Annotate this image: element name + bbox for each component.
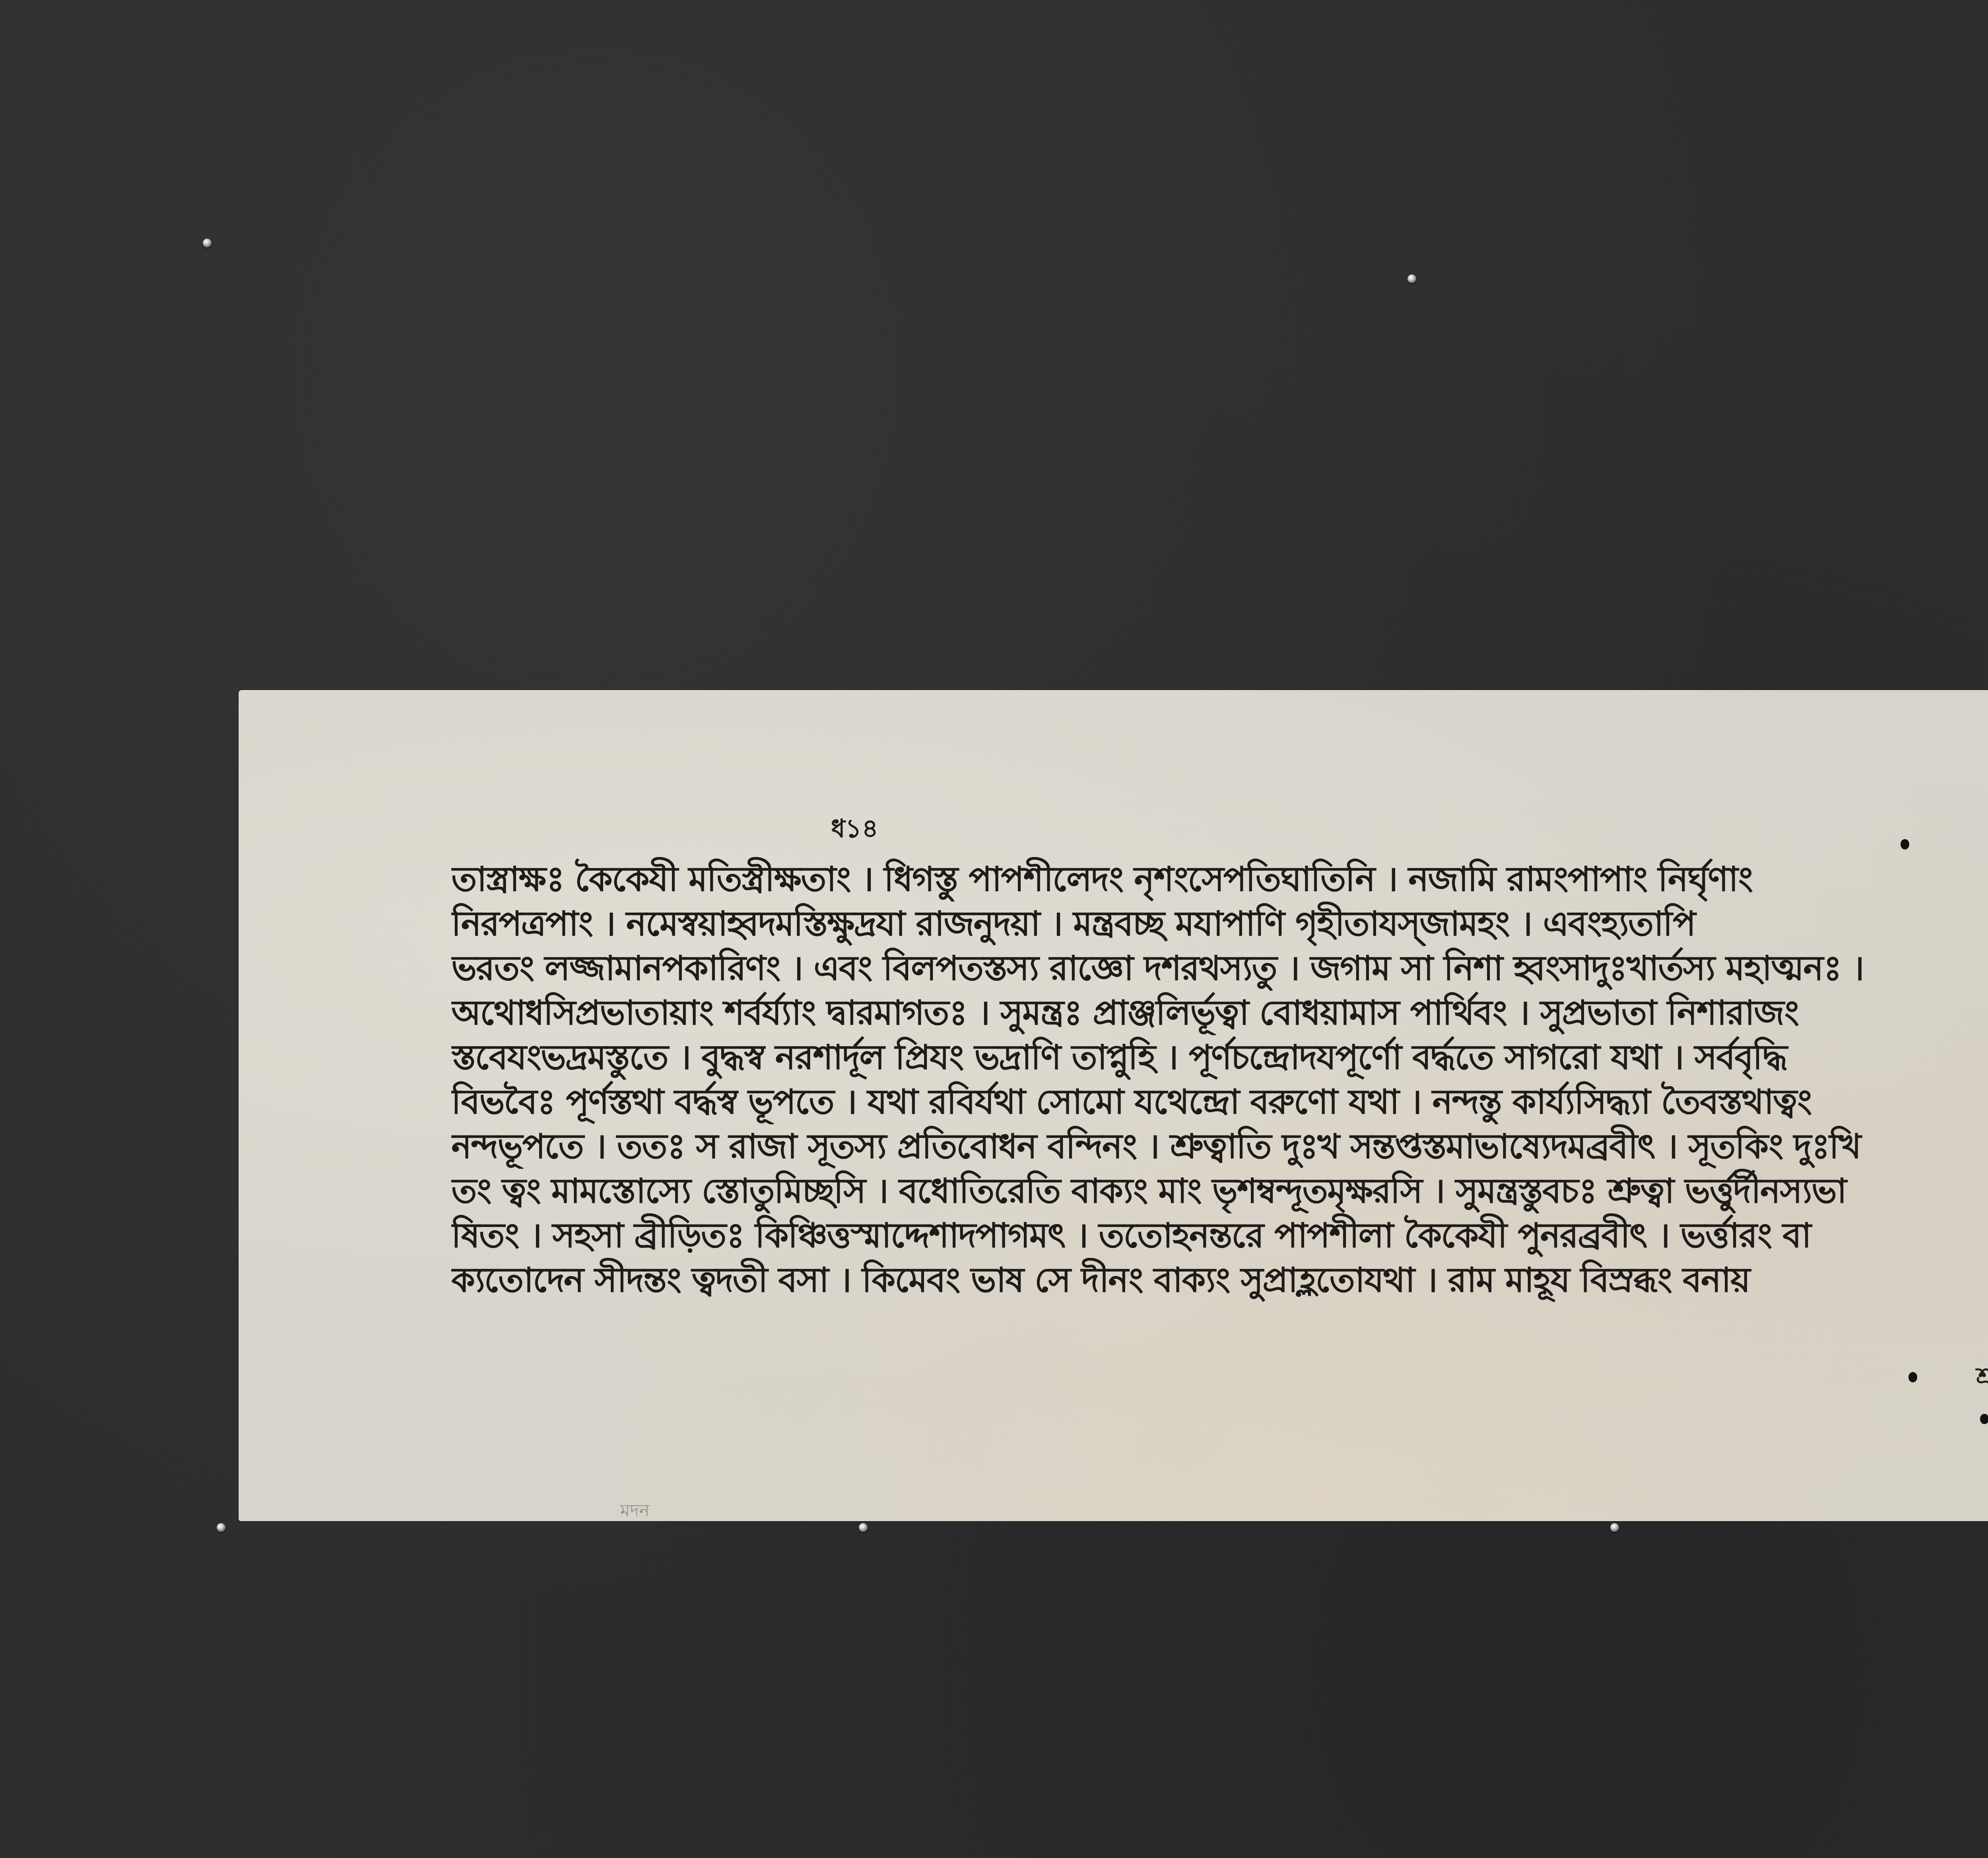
text-line: ষিতং । সহসা ব্রীড়িতঃ কিঞ্চিত্তস্মাদ্দেশ… xyxy=(451,1213,1988,1258)
folio-number: ধ১৪ xyxy=(831,809,878,852)
text-line: তাস্ত্রাক্ষঃ কৈকেযী মতিস্ত্রীক্ষতাং । ধি… xyxy=(451,857,1988,902)
pin xyxy=(1610,1523,1619,1532)
pin xyxy=(859,1523,868,1532)
text-line: অথোধসিপ্রভাতায়াং শর্বর্য্যাং দ্বারমাগতঃ… xyxy=(451,991,1988,1035)
colophon: শ্রদ্ধং ।। xyxy=(1976,1358,1988,1398)
text-line: নন্দভূপতে । ততঃ স রাজা সূতস্য প্রতিবোধন … xyxy=(451,1124,1988,1169)
pencil-note: মদন xyxy=(620,1497,650,1526)
text-line: নিরপত্রপাং । নমেস্বয়াহ্বদমস্তিক্ষুদ্রযা… xyxy=(451,902,1988,946)
manuscript-leaf: ধ১৪ তাস্ত্রাক্ষঃ কৈকেযী মতিস্ত্রীক্ষতাং … xyxy=(239,690,1988,1521)
pin xyxy=(1408,274,1416,283)
text-line: ক্যতোদেন সীদন্তং ত্বদতী বসা । কিমেবং ভাষ… xyxy=(451,1258,1988,1302)
pin xyxy=(203,239,212,247)
ink-dot xyxy=(1908,1372,1917,1382)
manuscript-text: তাস্ত্রাক্ষঃ কৈকেযী মতিস্ত্রীক্ষতাং । ধি… xyxy=(451,857,1988,1302)
pin xyxy=(217,1523,225,1532)
ink-dot xyxy=(1980,1414,1988,1424)
ink-dot xyxy=(1901,839,1909,849)
text-line: ভরতং লজ্জামানপকারিণং । এবং বিলপতস্তস্য র… xyxy=(451,946,1988,991)
text-line: স্তবেযংভদ্রমস্তুতে । বুদ্ধস্ব নরশার্দূল … xyxy=(451,1035,1988,1080)
text-line: বিভবৈঃ পূর্ণস্তথা বর্দ্ধস্ব ভূপতে । যথা … xyxy=(451,1080,1988,1124)
text-line: তং ত্বং মামস্তোস্যে স্তোতুমিচ্ছসি । বধোত… xyxy=(451,1169,1988,1213)
